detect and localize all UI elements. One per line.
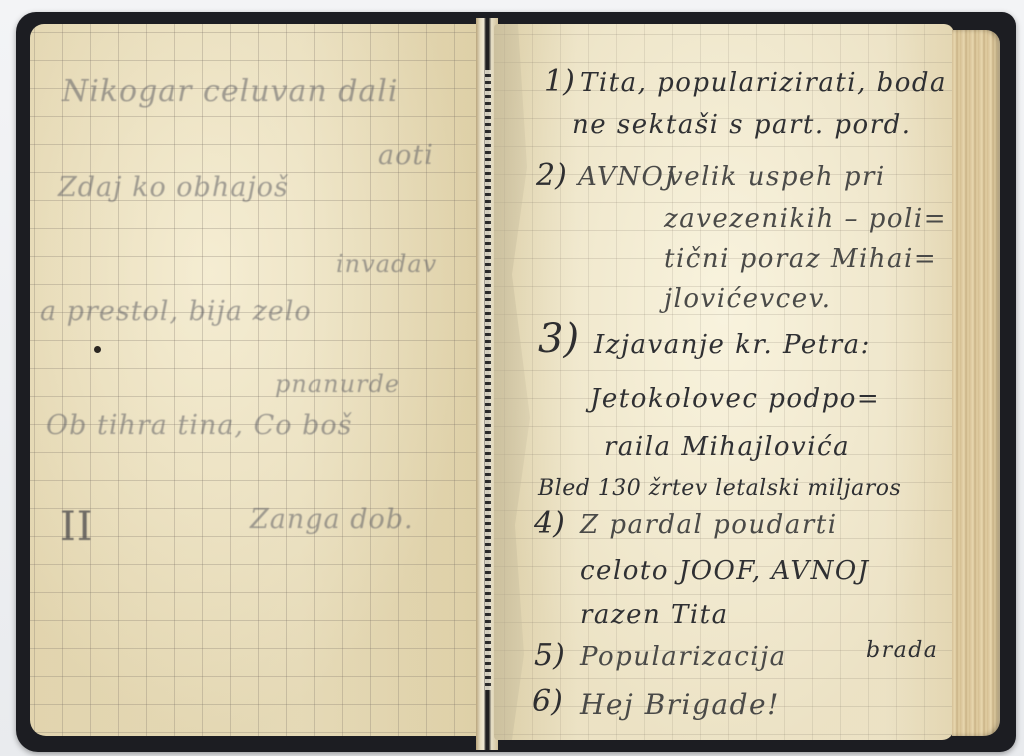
ink-line: ne sektaši s part. pord. [572, 110, 912, 140]
ink-line: velik uspeh pri [668, 162, 886, 192]
ink-line: zavezenikih – poli= [664, 204, 947, 234]
torn-edge [494, 24, 554, 740]
item-number: 1) [544, 64, 575, 99]
ink-line: raila Mihajlovića [604, 432, 850, 462]
item-number: 2) [536, 158, 567, 193]
ink-line: Bled 130 žrtev letalski miljaros [538, 476, 901, 501]
ink-line: Jetokolovec podpo= [590, 384, 880, 414]
pencil-line: Ob tihra tina, Co boš [46, 410, 353, 441]
item-number: 4) [534, 506, 565, 541]
left-page: Nikogar celuvan dali aoti Zdaj ko obhajo… [30, 24, 480, 736]
pencil-line: a prestol, bija zelo [40, 296, 312, 327]
pencil-line: Zdaj ko obhajoš [58, 172, 289, 203]
ink-line: Popularizacija [580, 642, 787, 672]
pencil-line: aoti [378, 140, 434, 171]
binding-stitches [485, 70, 491, 690]
ink-line: tični poraz Mihai= [664, 244, 937, 274]
pencil-line: invadav [336, 250, 437, 278]
ink-line: razen Tita [580, 600, 729, 630]
item-number: 3) [538, 316, 579, 362]
ink-line: jlovićevcev. [664, 284, 832, 314]
ink-line: Z pardal poudarti [580, 510, 838, 540]
margin-note: brada [866, 638, 938, 663]
ink-spot [94, 346, 101, 353]
notebook-photo: Nikogar celuvan dali aoti Zdaj ko obhajo… [0, 0, 1024, 756]
margin-mark: II [60, 504, 94, 550]
ink-line: Tita, popularizirati, boda [580, 68, 947, 98]
pencil-line: pnanurde [275, 370, 400, 398]
page-edges [952, 30, 1000, 736]
ink-line: Hej Brigade! [580, 688, 780, 721]
ink-line: Izjavanje kr. Petra: [594, 330, 871, 360]
pencil-line: Nikogar celuvan dali [62, 74, 399, 109]
item-number: 6) [532, 684, 563, 719]
right-page: 1) Tita, popularizirati, boda ne sektaši… [494, 24, 954, 740]
item-number: 5) [534, 638, 565, 673]
pencil-line: Zanga dob. [250, 504, 414, 535]
ink-line: celoto JOOF, AVNOJ [580, 556, 870, 586]
ink-line: AVNOJ [578, 162, 676, 192]
